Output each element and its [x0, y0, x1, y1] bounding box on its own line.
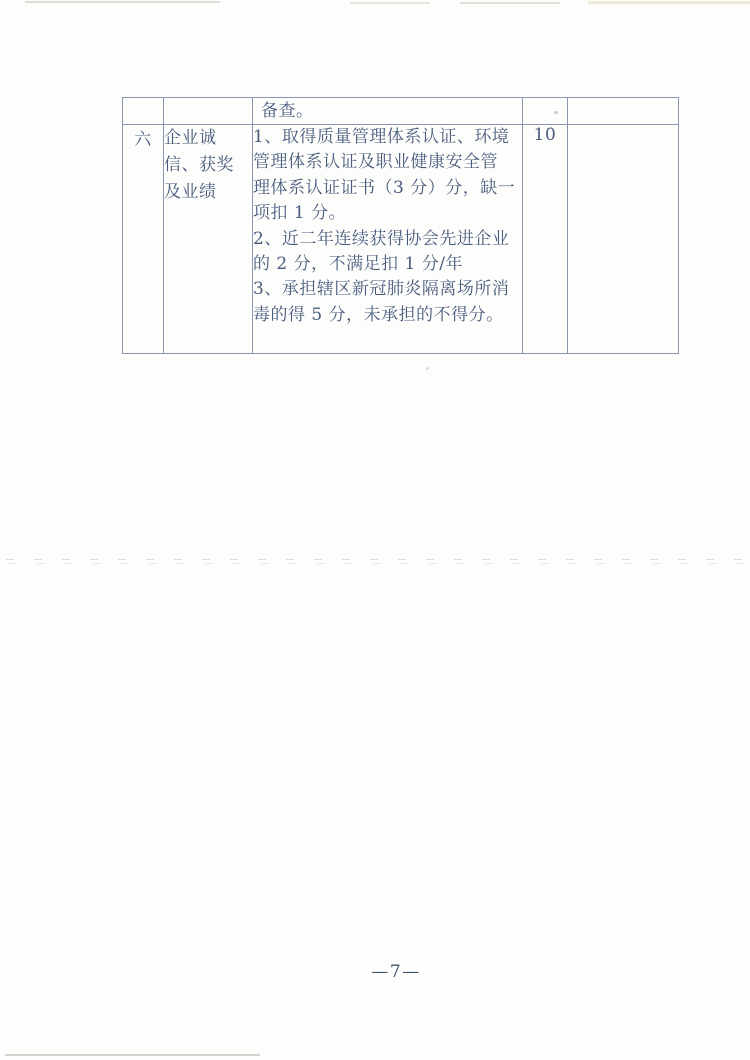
cell-score [523, 98, 568, 125]
scan-artifact-top-middle [350, 2, 430, 4]
table-row-carryover: 备查。 [123, 98, 679, 125]
perforation-dashes [0, 559, 750, 565]
text-line: 的 2 分，不满足扣 1 分/年 [253, 252, 522, 277]
text-line: 项扣 1 分。 [253, 201, 522, 226]
scan-artifact-bottom-left [5, 1054, 260, 1056]
document-page: 备查。 六 企业诚信、获奖及业绩 1、取得质量管理体系认证、环境管理体系认证及职… [0, 0, 750, 1060]
cell-remark [568, 125, 679, 354]
text-line: 2、近二年连续获得协会先进企业 [253, 227, 522, 252]
text-line: 毒的得 5 分，未承担的不得分。 [253, 303, 522, 328]
scan-artifact-top-right [588, 1, 750, 4]
page-number: —7— [42, 962, 750, 982]
text-line: 企业诚 [164, 125, 252, 152]
text-line: 管理体系认证及职业健康安全管 [253, 150, 522, 175]
text-line: 1、取得质量管理体系认证、环境 [253, 125, 522, 150]
text-line: 及业绩 [164, 179, 252, 206]
text-line: 备查。 [261, 98, 522, 124]
text-line: 理体系认证证书（3 分）分，缺一 [253, 176, 522, 201]
cell-remark [568, 98, 679, 125]
text-line: 3、承担辖区新冠肺炎隔离场所消 [253, 277, 522, 302]
cell-criteria: 备查。 [253, 98, 523, 125]
text-line: 信、获奖 [164, 152, 252, 179]
cell-criteria: 1、取得质量管理体系认证、环境管理体系认证及职业健康安全管理体系认证证书（3 分… [253, 125, 523, 354]
cell-category: 企业诚信、获奖及业绩 [164, 125, 253, 354]
scan-artifact-top-left [25, 1, 220, 3]
table-row-item-six: 六 企业诚信、获奖及业绩 1、取得质量管理体系认证、环境管理体系认证及职业健康安… [123, 125, 679, 354]
cell-item-number: 六 [123, 125, 164, 354]
scan-artifact-top-middle-2 [460, 2, 560, 4]
cell-category [164, 98, 253, 125]
scan-speck [426, 367, 429, 370]
evaluation-table: 备查。 六 企业诚信、获奖及业绩 1、取得质量管理体系认证、环境管理体系认证及职… [122, 97, 679, 354]
cell-item-number [123, 98, 164, 125]
cell-score: 10 [523, 125, 568, 354]
